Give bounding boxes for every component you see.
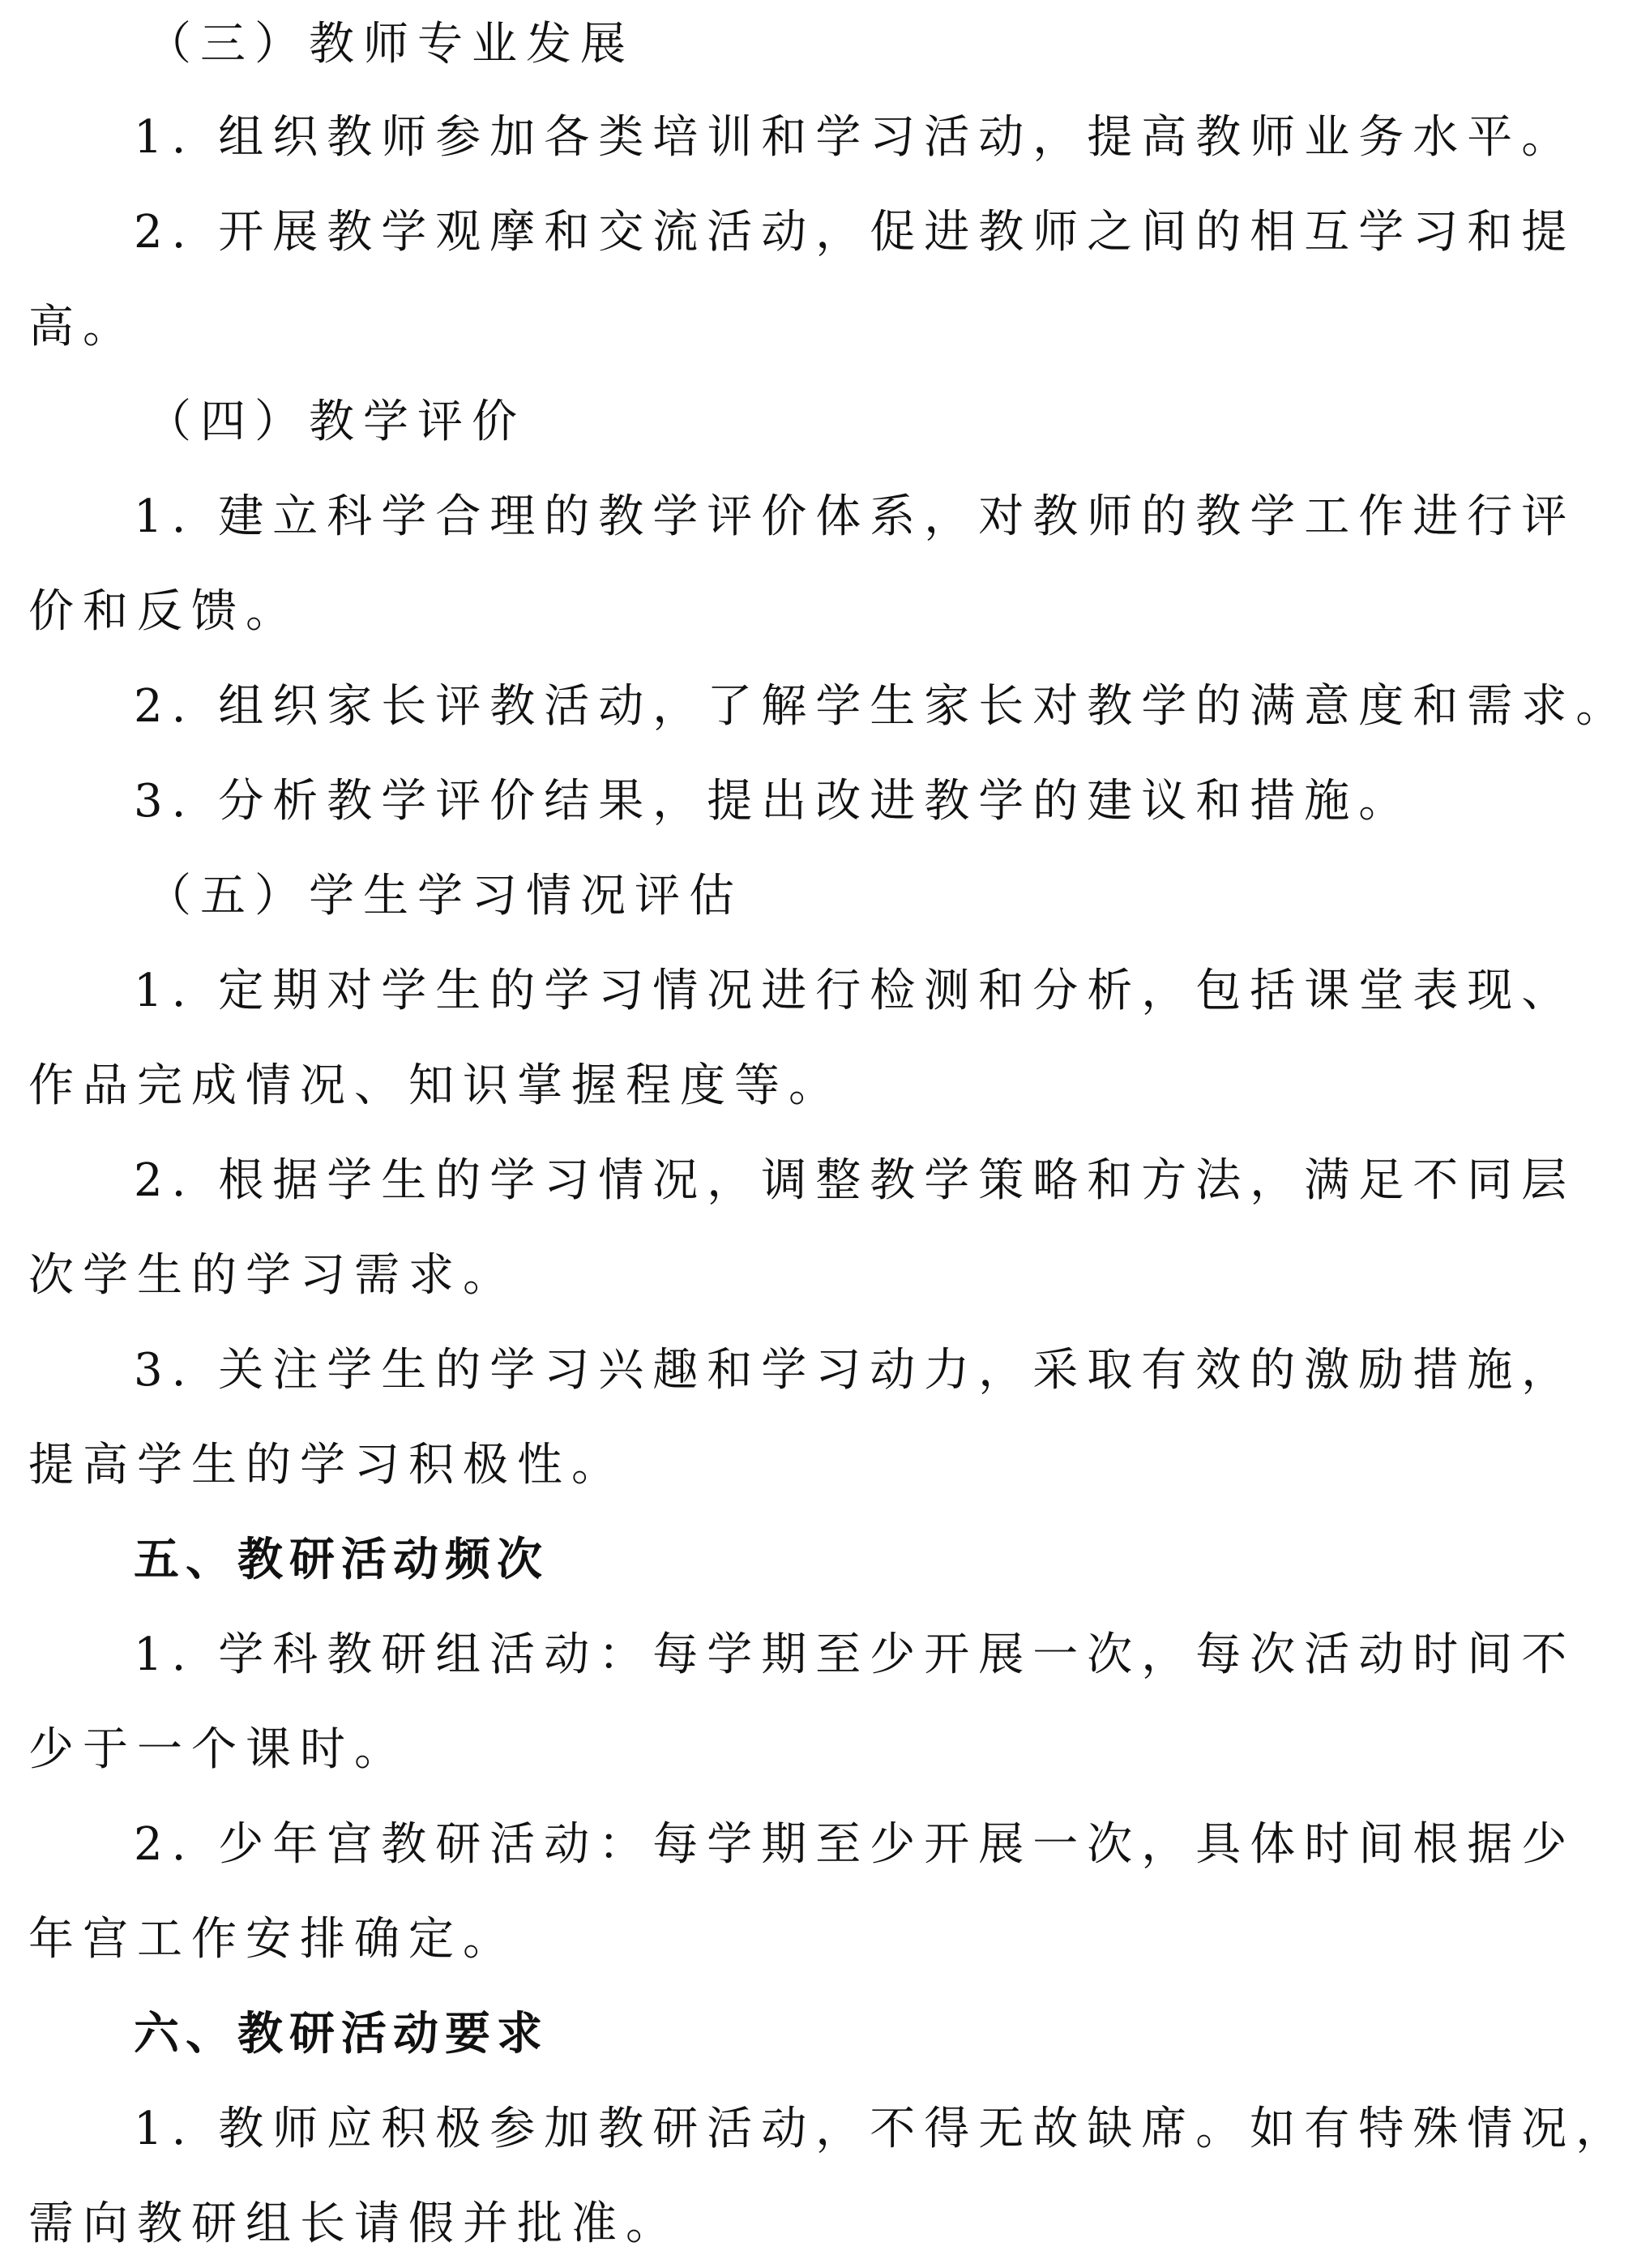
document-page: （三）教师专业发展 1. 组织教师参加各类培训和学习活动，提高教师业务水平。 2… [0,0,1637,2268]
subheading-teaching-evaluation: （四）教学评价 [0,374,1637,469]
list-item-continuation: 价和反馈。 [0,564,1637,659]
list-item-continuation: 少于一个课时。 [0,1702,1637,1797]
section-heading-frequency: 五、教研活动频次 [0,1513,1637,1607]
list-item: 1. 组织教师参加各类培训和学习活动，提高教师业务水平。 [0,90,1637,185]
list-item: 1. 教师应积极参加教研活动，不得无故缺席。如有特殊情况， [0,2082,1637,2176]
list-item: 2. 组织家长评教活动，了解学生家长对教学的满意度和需求。 [0,659,1637,754]
subheading-student-assessment: （五）学生学习情况评估 [0,849,1637,944]
list-item: 2. 根据学生的学习情况，调整教学策略和方法，满足不同层 [0,1133,1637,1228]
list-item: 3. 关注学生的学习兴趣和学习动力，采取有效的激励措施， [0,1323,1637,1418]
list-item: 1. 建立科学合理的教学评价体系，对教师的教学工作进行评 [0,469,1637,564]
section-heading-requirements: 六、教研活动要求 [0,1987,1637,2082]
list-item-continuation: 次学生的学习需求。 [0,1228,1637,1323]
subheading-teacher-development: （三）教师专业发展 [0,0,1637,92]
list-item-continuation: 作品完成情况、知识掌握程度等。 [0,1038,1637,1133]
list-item: 1. 学科教研组活动：每学期至少开展一次，每次活动时间不 [0,1607,1637,1702]
list-item: 1. 定期对学生的学习情况进行检测和分析，包括课堂表现、 [0,944,1637,1038]
list-item-continuation: 需向教研组长请假并批准。 [0,2176,1637,2268]
list-item-continuation: 年宫工作安排确定。 [0,1892,1637,1987]
list-item: 2. 少年宫教研活动：每学期至少开展一次，具体时间根据少 [0,1797,1637,1892]
list-item: 2. 开展教学观摩和交流活动，促进教师之间的相互学习和提 [0,185,1637,280]
list-item-continuation: 高。 [0,280,1637,374]
list-item-continuation: 提高学生的学习积极性。 [0,1418,1637,1513]
list-item: 3. 分析教学评价结果，提出改进教学的建议和措施。 [0,754,1637,849]
